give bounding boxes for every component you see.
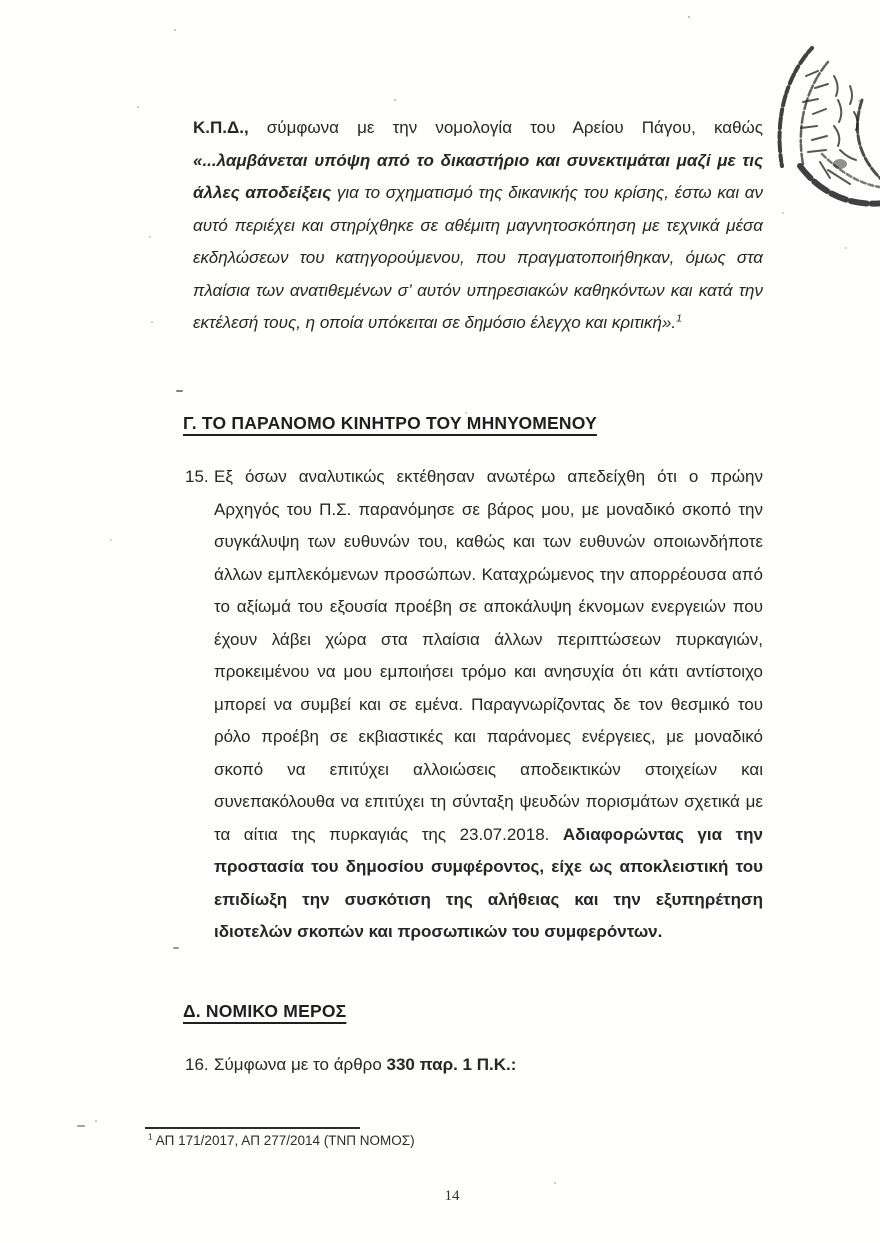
footnote-marker: 1 (148, 1132, 153, 1142)
page-number: 14 (0, 1188, 880, 1205)
item-16-text: Σύμφωνα με το άρθρο 330 παρ. 1 Π.Κ.: (214, 1049, 763, 1082)
item-15-text: Εξ όσων αναλυτικώς εκτέθησαν ανωτέρω απε… (214, 461, 763, 949)
footnote-body: ΑΠ 171/2017, ΑΠ 277/2014 (ΤΝΠ ΝΟΜΟΣ) (156, 1133, 415, 1148)
footnote: 1ΑΠ 171/2017, ΑΠ 277/2014 (ΤΝΠ ΝΟΜΟΣ) (148, 1133, 415, 1148)
ink-stamp-icon (770, 42, 880, 210)
scanned-document-page: Κ.Π.Δ., σύμφωνα με την νομολογία του Αρε… (0, 0, 880, 1243)
section-c-heading: Γ. ΤΟ ΠΑΡΑΝΟΜΟ ΚΙΝΗΤΡΟ ΤΟΥ ΜΗΝΥΟΜΕΝΟΥ (183, 413, 597, 434)
item-15-number: 15. (185, 461, 214, 494)
numbered-paragraph-16: 16. Σύμφωνα με το άρθρο 330 παρ. 1 Π.Κ.: (185, 1049, 763, 1082)
section-d-heading: Δ. ΝΟΜΙΚΟ ΜΕΡΟΣ (183, 1001, 346, 1022)
numbered-paragraph-15: 15. Εξ όσων αναλυτικώς εκτέθησαν ανωτέρω… (185, 461, 763, 949)
intro-quote-paragraph: Κ.Π.Δ., σύμφωνα με την νομολογία του Αρε… (193, 112, 763, 340)
footnote-separator-rule (145, 1127, 360, 1129)
item-16-number: 16. (185, 1049, 214, 1082)
